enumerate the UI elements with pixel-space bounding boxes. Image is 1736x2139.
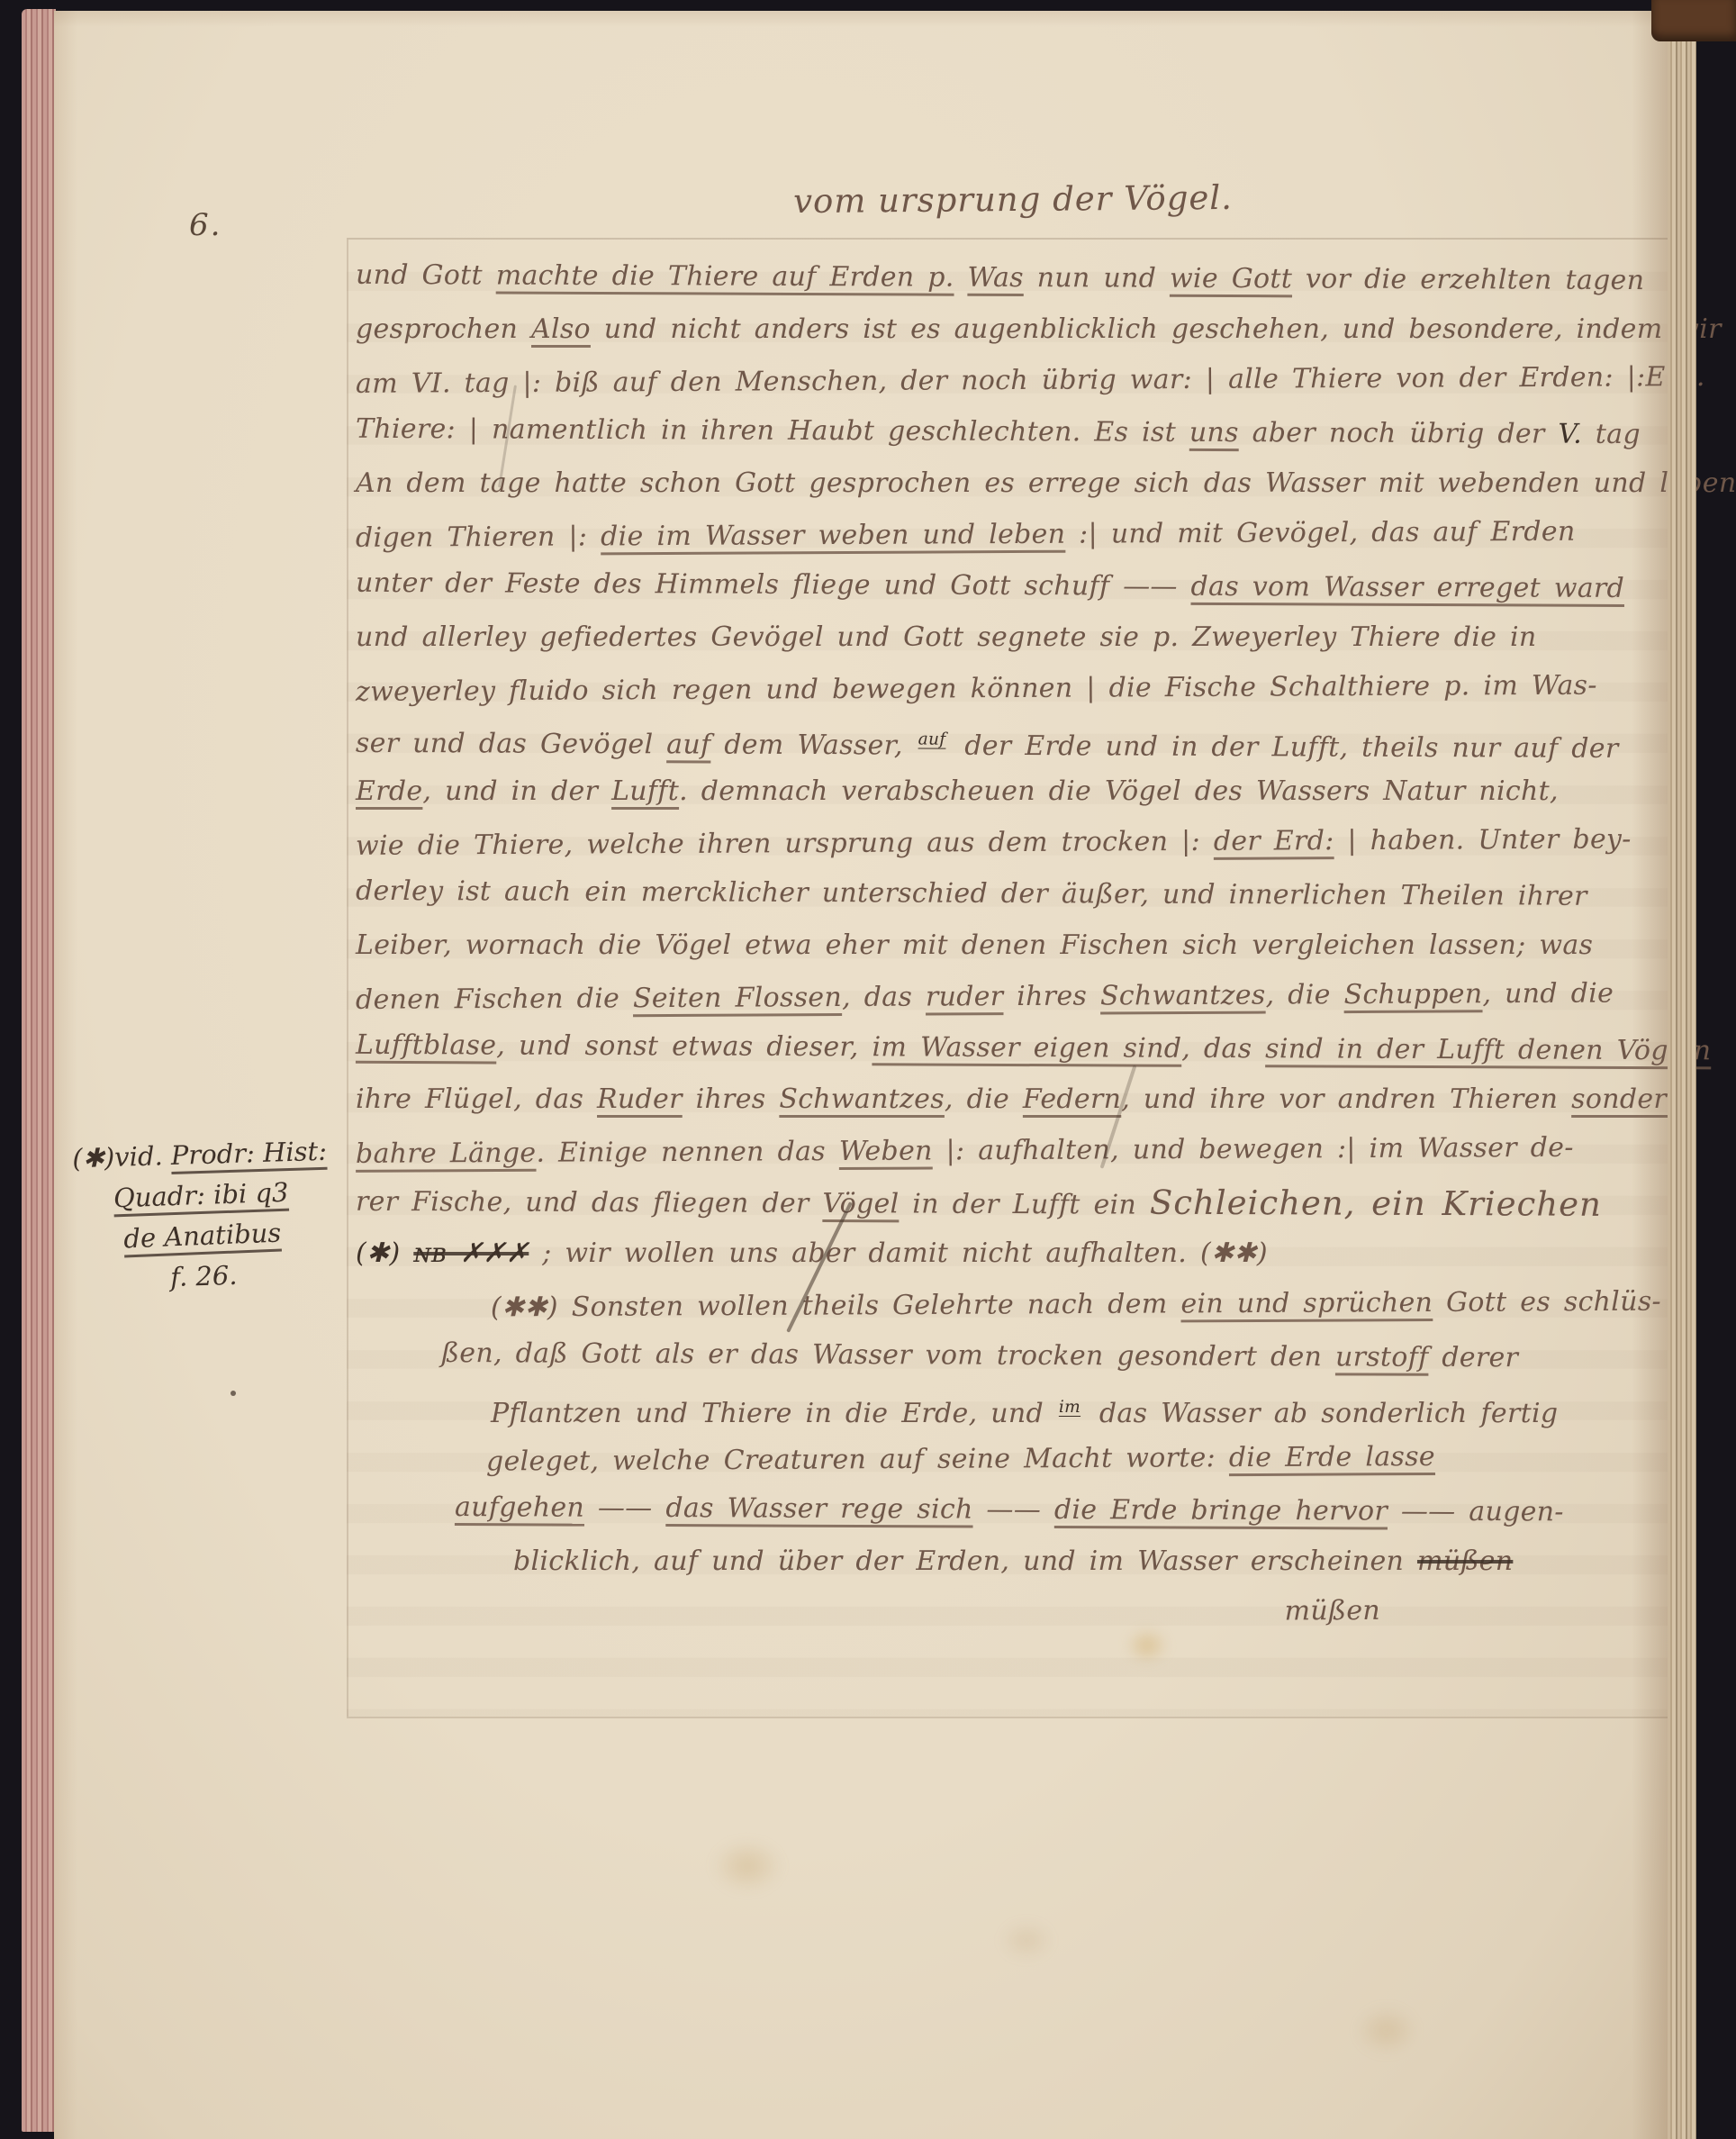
text-segment: denen Fischen die [356, 983, 633, 1016]
text-segment: , die [945, 1083, 1023, 1115]
text-segment: (✱)vid. [72, 1140, 172, 1174]
text-segment: Schwantzes [779, 1083, 945, 1115]
binding-corner [1651, 0, 1736, 41]
manuscript-page: 6. vom ursprung der Vögel. (✱)vid. Prodr… [54, 11, 1668, 2139]
text-segment: (✱) [356, 1237, 413, 1269]
text-segment: de Anatibus [123, 1217, 282, 1254]
text-segment: und nicht anders ist es augenblicklich g… [591, 313, 1722, 345]
text-segment: Federn [1023, 1083, 1121, 1115]
manuscript-line: und Gott machte die Thiere auf Erden p. … [356, 249, 1677, 306]
foxing-stain [1126, 1627, 1169, 1663]
text-segment: digen Thieren |: [356, 521, 601, 553]
text-segment: gesprochen [356, 313, 531, 345]
text-segment: das Wasser ab sonderlich fertig [1086, 1398, 1558, 1429]
text-segment: sonder- [1571, 1083, 1676, 1115]
text-segment: am VI. tag |: biß auf den Menschen, der … [356, 361, 1705, 400]
text-segment: , das [1181, 1033, 1265, 1065]
text-segment: sind in der Lufft denen Vögeln [1265, 1033, 1711, 1066]
text-segment: Schwantzes [1100, 980, 1266, 1012]
interlinear-insertion: im [1059, 1398, 1080, 1417]
manuscript-line: ßen, daß Gott als er das Wasser vom troc… [441, 1328, 1677, 1384]
text-segment: dem Wasser, [710, 730, 916, 762]
manuscript-line: Thiere: | namentlich in ihren Haubt gesc… [356, 403, 1677, 460]
text-segment: das vom Wasser erreget ward [1190, 571, 1624, 604]
text-segment: aber noch übrig der [1239, 417, 1559, 450]
text-segment: V. [1558, 419, 1582, 450]
text-segment: Quadr: ibi q3 [113, 1177, 289, 1214]
manuscript-line: zweyerley fluido sich regen und bewegen … [356, 659, 1677, 718]
manuscript-line: (✱) ɴʙ ✗✗✗ ; wir wollen uns aber damit n… [356, 1228, 1677, 1279]
text-segment: uns [1189, 417, 1239, 449]
text-segment: tag [1582, 419, 1641, 450]
text-segment: Also [531, 313, 591, 345]
manuscript-line: aufgehen —— das Wasser rege sich —— die … [455, 1482, 1677, 1538]
manuscript-text-block: und Gott machte die Thiere auf Erden p. … [356, 252, 1677, 1638]
text-segment: in der Lufft ein [899, 1188, 1150, 1220]
text-segment: die im Wasser weben und leben [601, 519, 1065, 553]
text-segment: ein und sprüchen [1180, 1287, 1433, 1319]
text-segment: Weben [839, 1135, 933, 1167]
text-segment: zweyerley fluido sich regen und bewegen … [356, 670, 1597, 708]
manuscript-line: Pflantzen und Thiere in die Erde, und im… [491, 1382, 1677, 1433]
text-segment: , und die [1482, 978, 1614, 1011]
text-segment: Ruder [597, 1083, 683, 1115]
manuscript-line: geleget, welche Creaturen auf seine Mach… [486, 1430, 1677, 1488]
text-segment: Seiten Flossen [633, 982, 842, 1014]
text-segment: der Erd: [1214, 825, 1334, 857]
text-segment: . Einige nennen das [536, 1136, 839, 1169]
manuscript-line: Leiber, wornach die Vögel etwa eher mit … [356, 920, 1677, 971]
manuscript-line: unter der Feste des Himmels fliege und G… [356, 557, 1677, 614]
text-segment: Lufftblase [356, 1029, 496, 1062]
manuscript-line: ser und das Gevögel auf dem Wasser, auf … [356, 711, 1677, 768]
text-segment: Erde [356, 775, 422, 807]
text-segment: , die [1265, 979, 1343, 1011]
text-segment: die Erde lasse [1229, 1441, 1435, 1473]
foxing-stain [711, 1839, 783, 1893]
manuscript-line: bahre Länge. Einige nennen das Weben |: … [356, 1121, 1677, 1180]
text-segment: und allerley gefiedertes Gevögel und Got… [356, 621, 1537, 653]
text-segment: :| und mit Gevögel, das auf Erden [1065, 516, 1575, 550]
text-segment: , und ihre vor andren Thieren [1121, 1083, 1571, 1115]
text-segment: machte die Thiere auf Erden p. [496, 259, 954, 293]
manuscript-line: Lufftblase, und sonst etwas dieser, im W… [356, 1020, 1677, 1076]
text-segment: , das [842, 982, 926, 1013]
text-segment: müßen [1285, 1595, 1381, 1627]
text-segment: wie die Thiere, welche ihren ursprung au… [356, 826, 1214, 862]
manuscript-line: (✱✱) Sonsten wollen theils Gelehrte nach… [491, 1276, 1677, 1334]
text-segment: die Erde bringe hervor [1054, 1494, 1388, 1527]
text-segment: . demnach verabscheuen die Vögel des Was… [679, 775, 1559, 807]
manuscript-line: digen Thieren |: die im Wasser weben und… [356, 505, 1677, 564]
text-segment: unter der Feste des Himmels fliege und G… [356, 567, 1191, 603]
struck-out-text: müßen [1417, 1545, 1513, 1577]
manuscript-line: am VI. tag |: biß auf den Menschen, der … [356, 351, 1677, 410]
text-segment: bahre Länge [356, 1137, 537, 1170]
text-segment: —— augen- [1388, 1496, 1564, 1528]
text-segment: (✱✱) Sonsten wollen theils Gelehrte nach… [491, 1288, 1181, 1323]
page-title: vom ursprung der Vögel. [351, 175, 1675, 225]
manuscript-line: wie die Thiere, welche ihren ursprung au… [356, 813, 1677, 872]
text-segment: ihres [683, 1083, 780, 1115]
text-segment: auf [666, 729, 710, 760]
text-segment: das Wasser rege sich [665, 1492, 972, 1525]
page-number: 6. [189, 207, 222, 243]
manuscript-line: Erde, und in der Lufft. demnach verabsch… [356, 766, 1677, 817]
text-segment: derley ist auch ein mercklicher untersch… [356, 875, 1587, 912]
text-segment: ; wir wollen uns aber damit nicht aufhal… [529, 1237, 1268, 1269]
text-segment: Thiere: | namentlich in ihren Haubt gesc… [356, 413, 1189, 449]
text-segment: —— [584, 1492, 665, 1524]
manuscript-line: rer Fische, und das fliegen der Vögel in… [356, 1174, 1677, 1230]
text-segment: vor die erzehlten tagen [1292, 263, 1644, 296]
text-segment: |: aufhalten, und bewegen :| im Wasser d… [933, 1132, 1574, 1167]
text-segment: im Wasser eigen sind [872, 1031, 1181, 1064]
text-segment: blicklich, auf und über der Erden, und i… [513, 1545, 1417, 1577]
text-segment: aufgehen [455, 1491, 584, 1524]
margin-note-line: f. 26. [61, 1252, 347, 1301]
text-segment: ihres [1003, 981, 1100, 1013]
book-photograph: 6. vom ursprung der Vögel. (✱)vid. Prodr… [0, 0, 1736, 2139]
manuscript-line: An dem tage hatte schon Gott gesprochen … [356, 458, 1677, 509]
interlinear-insertion: auf [918, 730, 946, 749]
text-segment: f. 26. [170, 1260, 238, 1292]
text-segment: Pflantzen und Thiere in die Erde, und [491, 1398, 1057, 1429]
text-segment: , und in der [422, 775, 611, 807]
text-segment: ruder [926, 981, 1004, 1012]
manuscript-line: ihre Flügel, das Ruder ihres Schwantzes,… [356, 1074, 1677, 1125]
ink-dot [231, 1391, 236, 1396]
book-page-edges [1668, 0, 1696, 2139]
text-segment: An dem tage hatte schon Gott gesprochen … [356, 467, 1736, 499]
text-segment: | haben. Unter bey- [1334, 823, 1631, 857]
text-segment: Prodr: Hist: [170, 1136, 327, 1171]
text-segment: Was [967, 262, 1024, 294]
margin-reference-note: (✱)vid. Prodr: Hist:Quadr: ibi q3de Anat… [57, 1130, 347, 1302]
text-segment: Vögel [822, 1188, 899, 1219]
foxing-stain [1355, 2006, 1418, 2055]
text-segment: Schuppen [1343, 978, 1482, 1011]
text-segment: Leiber, wornach die Vögel etwa eher mit … [356, 929, 1593, 961]
text-segment: , und sonst etwas dieser, [496, 1029, 872, 1063]
text-segment: ihre Flügel, das [356, 1083, 597, 1115]
text-segment: derer [1428, 1342, 1518, 1373]
manuscript-line: blicklich, auf und über der Erden, und i… [513, 1536, 1677, 1587]
text-segment: ser und das Gevögel [356, 728, 666, 761]
text-segment: —— [973, 1494, 1054, 1526]
text-segment: rer Fische, und das fliegen der [356, 1186, 823, 1219]
text-segment: wie Gott [1170, 263, 1292, 295]
margin-note-line: (✱)vid. Prodr: Hist: [57, 1130, 342, 1180]
text-segment: Lufft [611, 775, 679, 807]
book-fore-edge-red [22, 9, 56, 2132]
text-segment: nun und [1024, 262, 1170, 295]
manuscript-line: denen Fischen die Seiten Flossen, das ru… [356, 967, 1677, 1026]
text-segment [954, 262, 968, 294]
manuscript-line: und allerley gefiedertes Gevögel und Got… [356, 612, 1677, 663]
text-segment: Gott es schlüs- [1433, 1286, 1661, 1319]
foxing-stain [999, 1920, 1053, 1961]
text-segment: ßen, daß Gott als er das Wasser vom troc… [441, 1337, 1335, 1373]
text-segment: geleget, welche Creaturen auf seine Mach… [486, 1442, 1229, 1477]
catchword: müßen [356, 1583, 1677, 1642]
text-segment: urstoff [1335, 1341, 1429, 1373]
text-segment: Schleichen, ein Kriechen [1150, 1183, 1602, 1224]
text-segment: und Gott [356, 259, 496, 292]
struck-out-text: ɴʙ ✗✗✗ [413, 1237, 529, 1269]
manuscript-line: derley ist auch ein mercklicher untersch… [356, 866, 1677, 922]
manuscript-line: gesprochen Also und nicht anders ist es … [356, 304, 1677, 355]
text-segment: der Erde und in der Lufft, theils nur au… [951, 730, 1618, 765]
